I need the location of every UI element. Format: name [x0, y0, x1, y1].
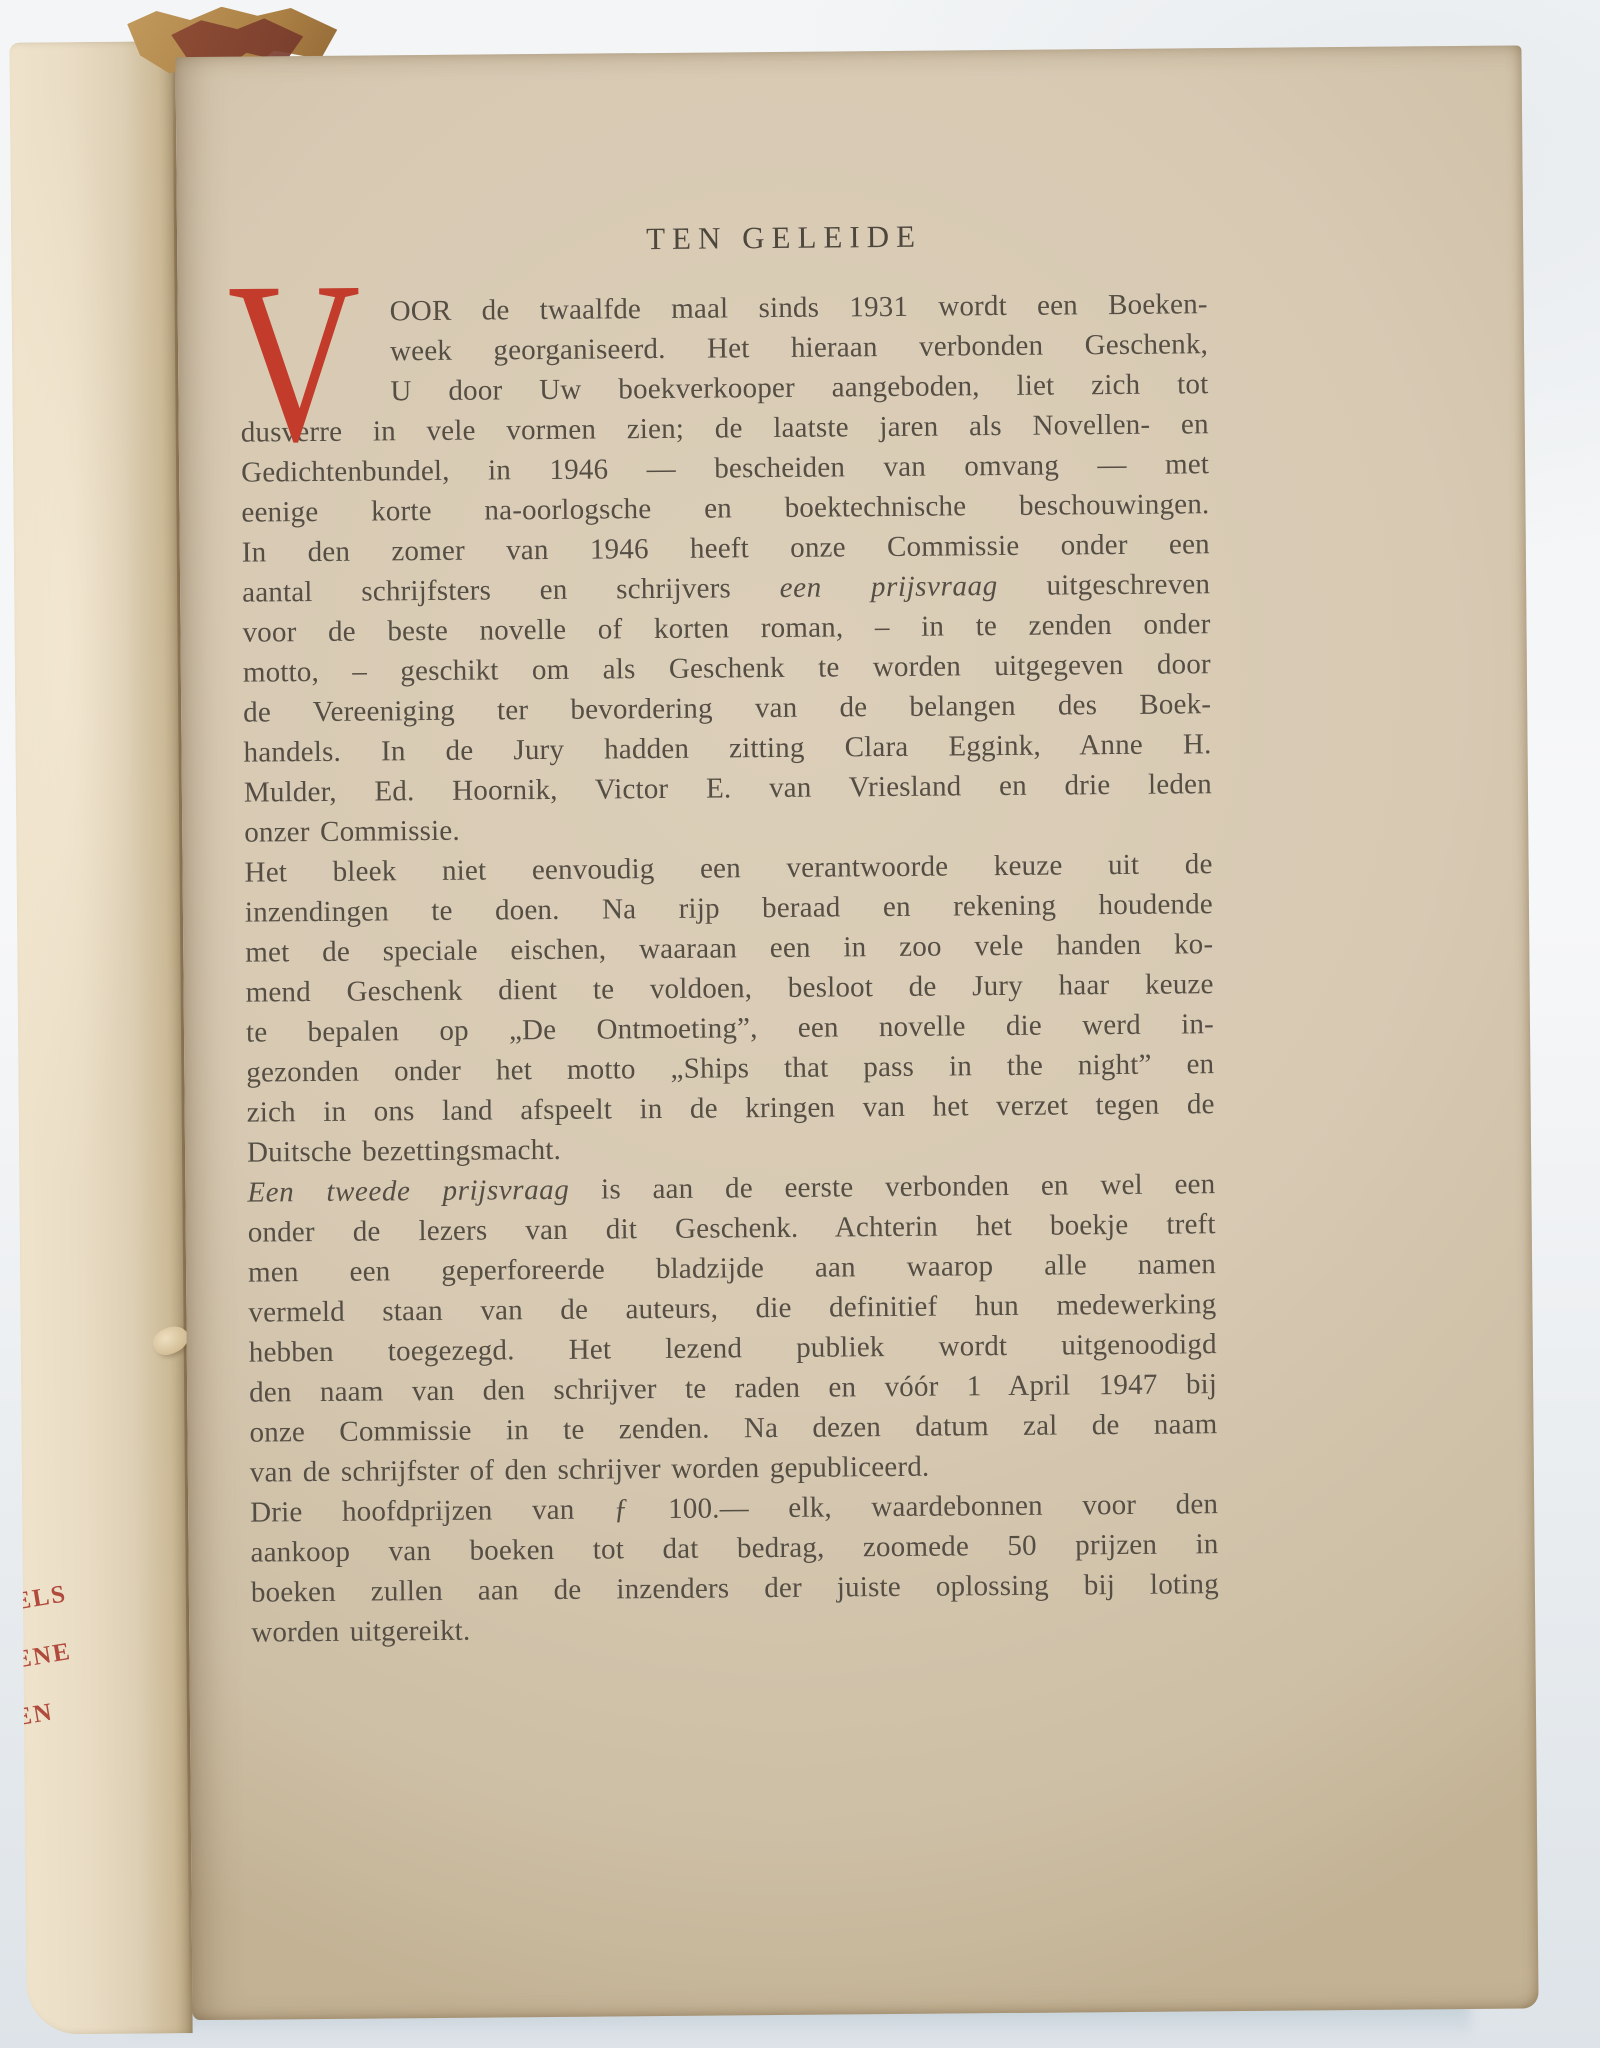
text-segment: hebben toegezegd. Het lezend publiek wor…	[249, 1328, 1217, 1368]
paragraph: Het bleek niet eenvoudig een verantwoord…	[244, 844, 1215, 1172]
text-segment: men een geperforeerde bladzijde aan waar…	[248, 1248, 1216, 1288]
text-segment: de Vereeniging ter bevordering van de be…	[243, 688, 1211, 728]
text-segment: Het bleek niet eenvoudig een verantwoord…	[244, 848, 1212, 888]
paragraph: Een tweede prijsvraag is aan de eerste v…	[247, 1164, 1218, 1492]
text-segment: boeken zullen aan de inzenders der juist…	[251, 1568, 1219, 1608]
text-segment: gezonden onder het motto „Ships that pas…	[246, 1048, 1214, 1088]
text-segment: motto, – geschikt om als Geschenk te wor…	[243, 648, 1211, 688]
text-segment: onder de lezers van dit Geschenk. Achter…	[248, 1208, 1216, 1248]
text-segment: Duitsche bezettingsmacht.	[247, 1134, 561, 1169]
text-segment: aantal schrijfsters en schrijvers	[242, 572, 780, 609]
text-segment: week georganiseerd. Het hieraan verbonde…	[390, 328, 1208, 367]
text-segment: voor de beste novelle of korten roman, –…	[242, 608, 1210, 648]
text-segment: worden uitgereikt.	[251, 1615, 470, 1649]
text-segment: van de schrijfster of den schrijver word…	[250, 1451, 930, 1489]
text-line: zich in ons land afspeelt in de kringen …	[247, 1084, 1215, 1132]
italic-text-segment: Een tweede prijsvraag	[247, 1174, 569, 1209]
text-segment: Drie hoofdprijzen van ƒ 100.— elk, waard…	[250, 1488, 1218, 1528]
text-segment: onzer Commissie.	[244, 815, 460, 849]
drop-cap-initial: V	[227, 286, 361, 439]
text-segment: Gedichtenbundel, in 1946 — bescheiden va…	[241, 448, 1209, 488]
text-segment: vermeld staan van de auteurs, die defini…	[248, 1288, 1216, 1328]
text-line: onze Commissie in te zenden. Na dezen da…	[249, 1404, 1217, 1452]
text-segment: eenige korte na-oorlogsche en boektechni…	[241, 488, 1209, 528]
page-title: TEN GELEIDE	[269, 215, 1299, 260]
text-line: worden uitgereikt.	[251, 1604, 1219, 1652]
paragraph: OOR de twaalfde maal sinds 1931 wordt ee…	[240, 284, 1213, 852]
body-text: V OOR de twaalfde maal sinds 1931 wordt …	[240, 284, 1220, 1652]
text-line: Mulder, Ed. Hoornik, Victor E. van Vries…	[244, 764, 1212, 812]
text-segment: U door Uw boekverkooper aangeboden, liet…	[390, 368, 1208, 407]
text-segment: handels. In de Jury hadden zitting Clara…	[243, 728, 1211, 768]
text-segment: inzendingen te doen. Na rijp beraad en r…	[245, 888, 1213, 928]
text-segment: den naam van den schrijver te raden en v…	[249, 1368, 1217, 1408]
text-line: boeken zullen aan de inzenders der juist…	[251, 1564, 1219, 1612]
text-segment: aankoop van boeken tot dat bedrag, zoome…	[250, 1528, 1218, 1568]
text-segment: dusverre in vele vormen zien; de laatste…	[241, 408, 1209, 448]
text-segment: uitgeschreven	[998, 568, 1211, 602]
text-segment: Mulder, Ed. Hoornik, Victor E. van Vries…	[244, 768, 1212, 808]
text-segment: OOR de twaalfde maal sinds 1931 wordt ee…	[390, 288, 1208, 327]
open-book-photo: ELSENEEN TEN GELEIDE V OOR de twaalfde m…	[9, 23, 1542, 2036]
paragraph: Drie hoofdprijzen van ƒ 100.— elk, waard…	[250, 1484, 1219, 1652]
text-segment: onze Commissie in te zenden. Na dezen da…	[249, 1408, 1217, 1448]
text-segment: is aan de eerste verbonden en wel een	[569, 1168, 1215, 1206]
text-segment: te bepalen op „De Ontmoeting”, een novel…	[246, 1008, 1214, 1048]
text-segment: In den zomer van 1946 heeft onze Commiss…	[242, 528, 1210, 568]
text-segment: mend Geschenk dient te voldoen, besloot …	[246, 968, 1214, 1008]
book-page: TEN GELEIDE V OOR de twaalfde maal sinds…	[175, 45, 1538, 2020]
left-page-edges: ELSENEEN	[9, 41, 192, 2034]
italic-text-segment: een prijsvraag	[780, 570, 998, 604]
text-segment: met de speciale eischen, waaraan een in …	[245, 928, 1213, 968]
text-segment: zich in ons land afspeelt in de kringen …	[247, 1088, 1215, 1128]
